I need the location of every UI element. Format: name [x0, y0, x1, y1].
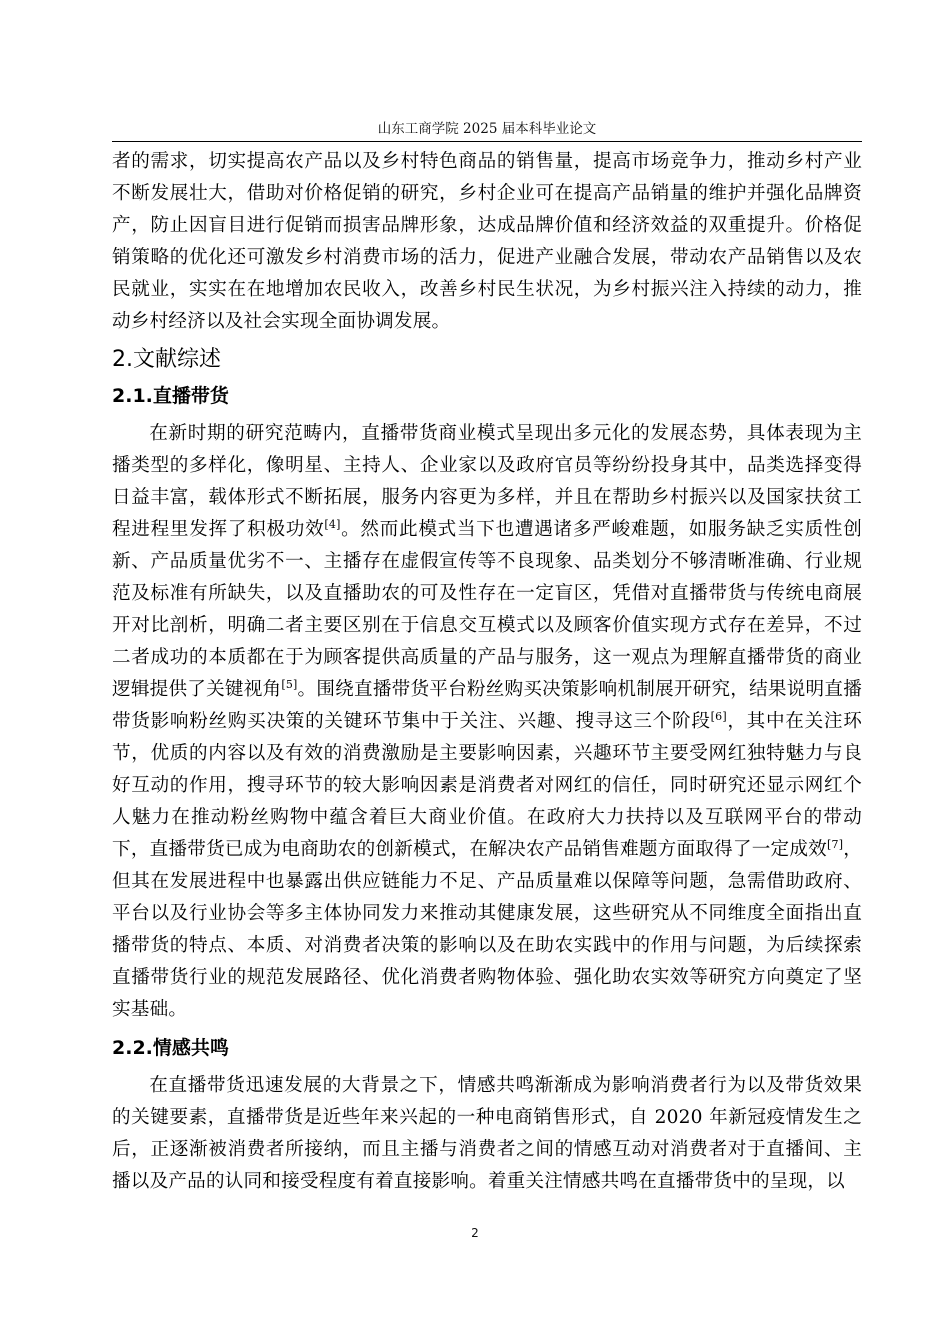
- subsection-heading-live-streaming: 2.1.直播带货: [112, 378, 862, 418]
- text-run: ，但其在发展进程中也暴露出供应链能力不足、产品质量难以保障等问题，急需借助政府、…: [112, 839, 862, 1020]
- citation-ref: [4]: [324, 518, 340, 531]
- emotional-resonance-paragraph: 在直播带货迅速发展的大背景之下，情感共鸣渐渐成为影响消费者行为以及带货效果的关键…: [112, 1070, 862, 1198]
- page-number: 2: [0, 1226, 950, 1240]
- page-body: 者的需求，切实提高农产品以及乡村特色商品的销售量，提高市场竞争力，推动乡村产业不…: [112, 146, 862, 1198]
- citation-ref: [6]: [711, 710, 727, 723]
- subsection-heading-emotional-resonance: 2.2.情感共鸣: [112, 1030, 862, 1070]
- header-rule: [112, 141, 862, 142]
- citation-ref: [7]: [827, 838, 843, 851]
- text-run: ，其中在关注环节，优质的内容以及有效的消费激励是主要影响因素，兴趣环节主要受网红…: [112, 711, 862, 860]
- intro-paragraph: 者的需求，切实提高农产品以及乡村特色商品的销售量，提高市场竞争力，推动乡村产业不…: [112, 146, 862, 338]
- running-header: 山东工商学院 2025 届本科毕业论文: [112, 120, 862, 138]
- citation-ref: [5]: [281, 678, 297, 691]
- section-heading-literature-review: 2.文献综述: [112, 338, 862, 378]
- live-streaming-paragraph: 在新时期的研究范畴内，直播带货商业模式呈现出多元化的发展态势，具体表现为主播类型…: [112, 418, 862, 1026]
- text-run: 。然而此模式当下也遭遇诸多严峻难题，如服务缺乏实质性创新、产品质量优劣不一、主播…: [112, 519, 862, 700]
